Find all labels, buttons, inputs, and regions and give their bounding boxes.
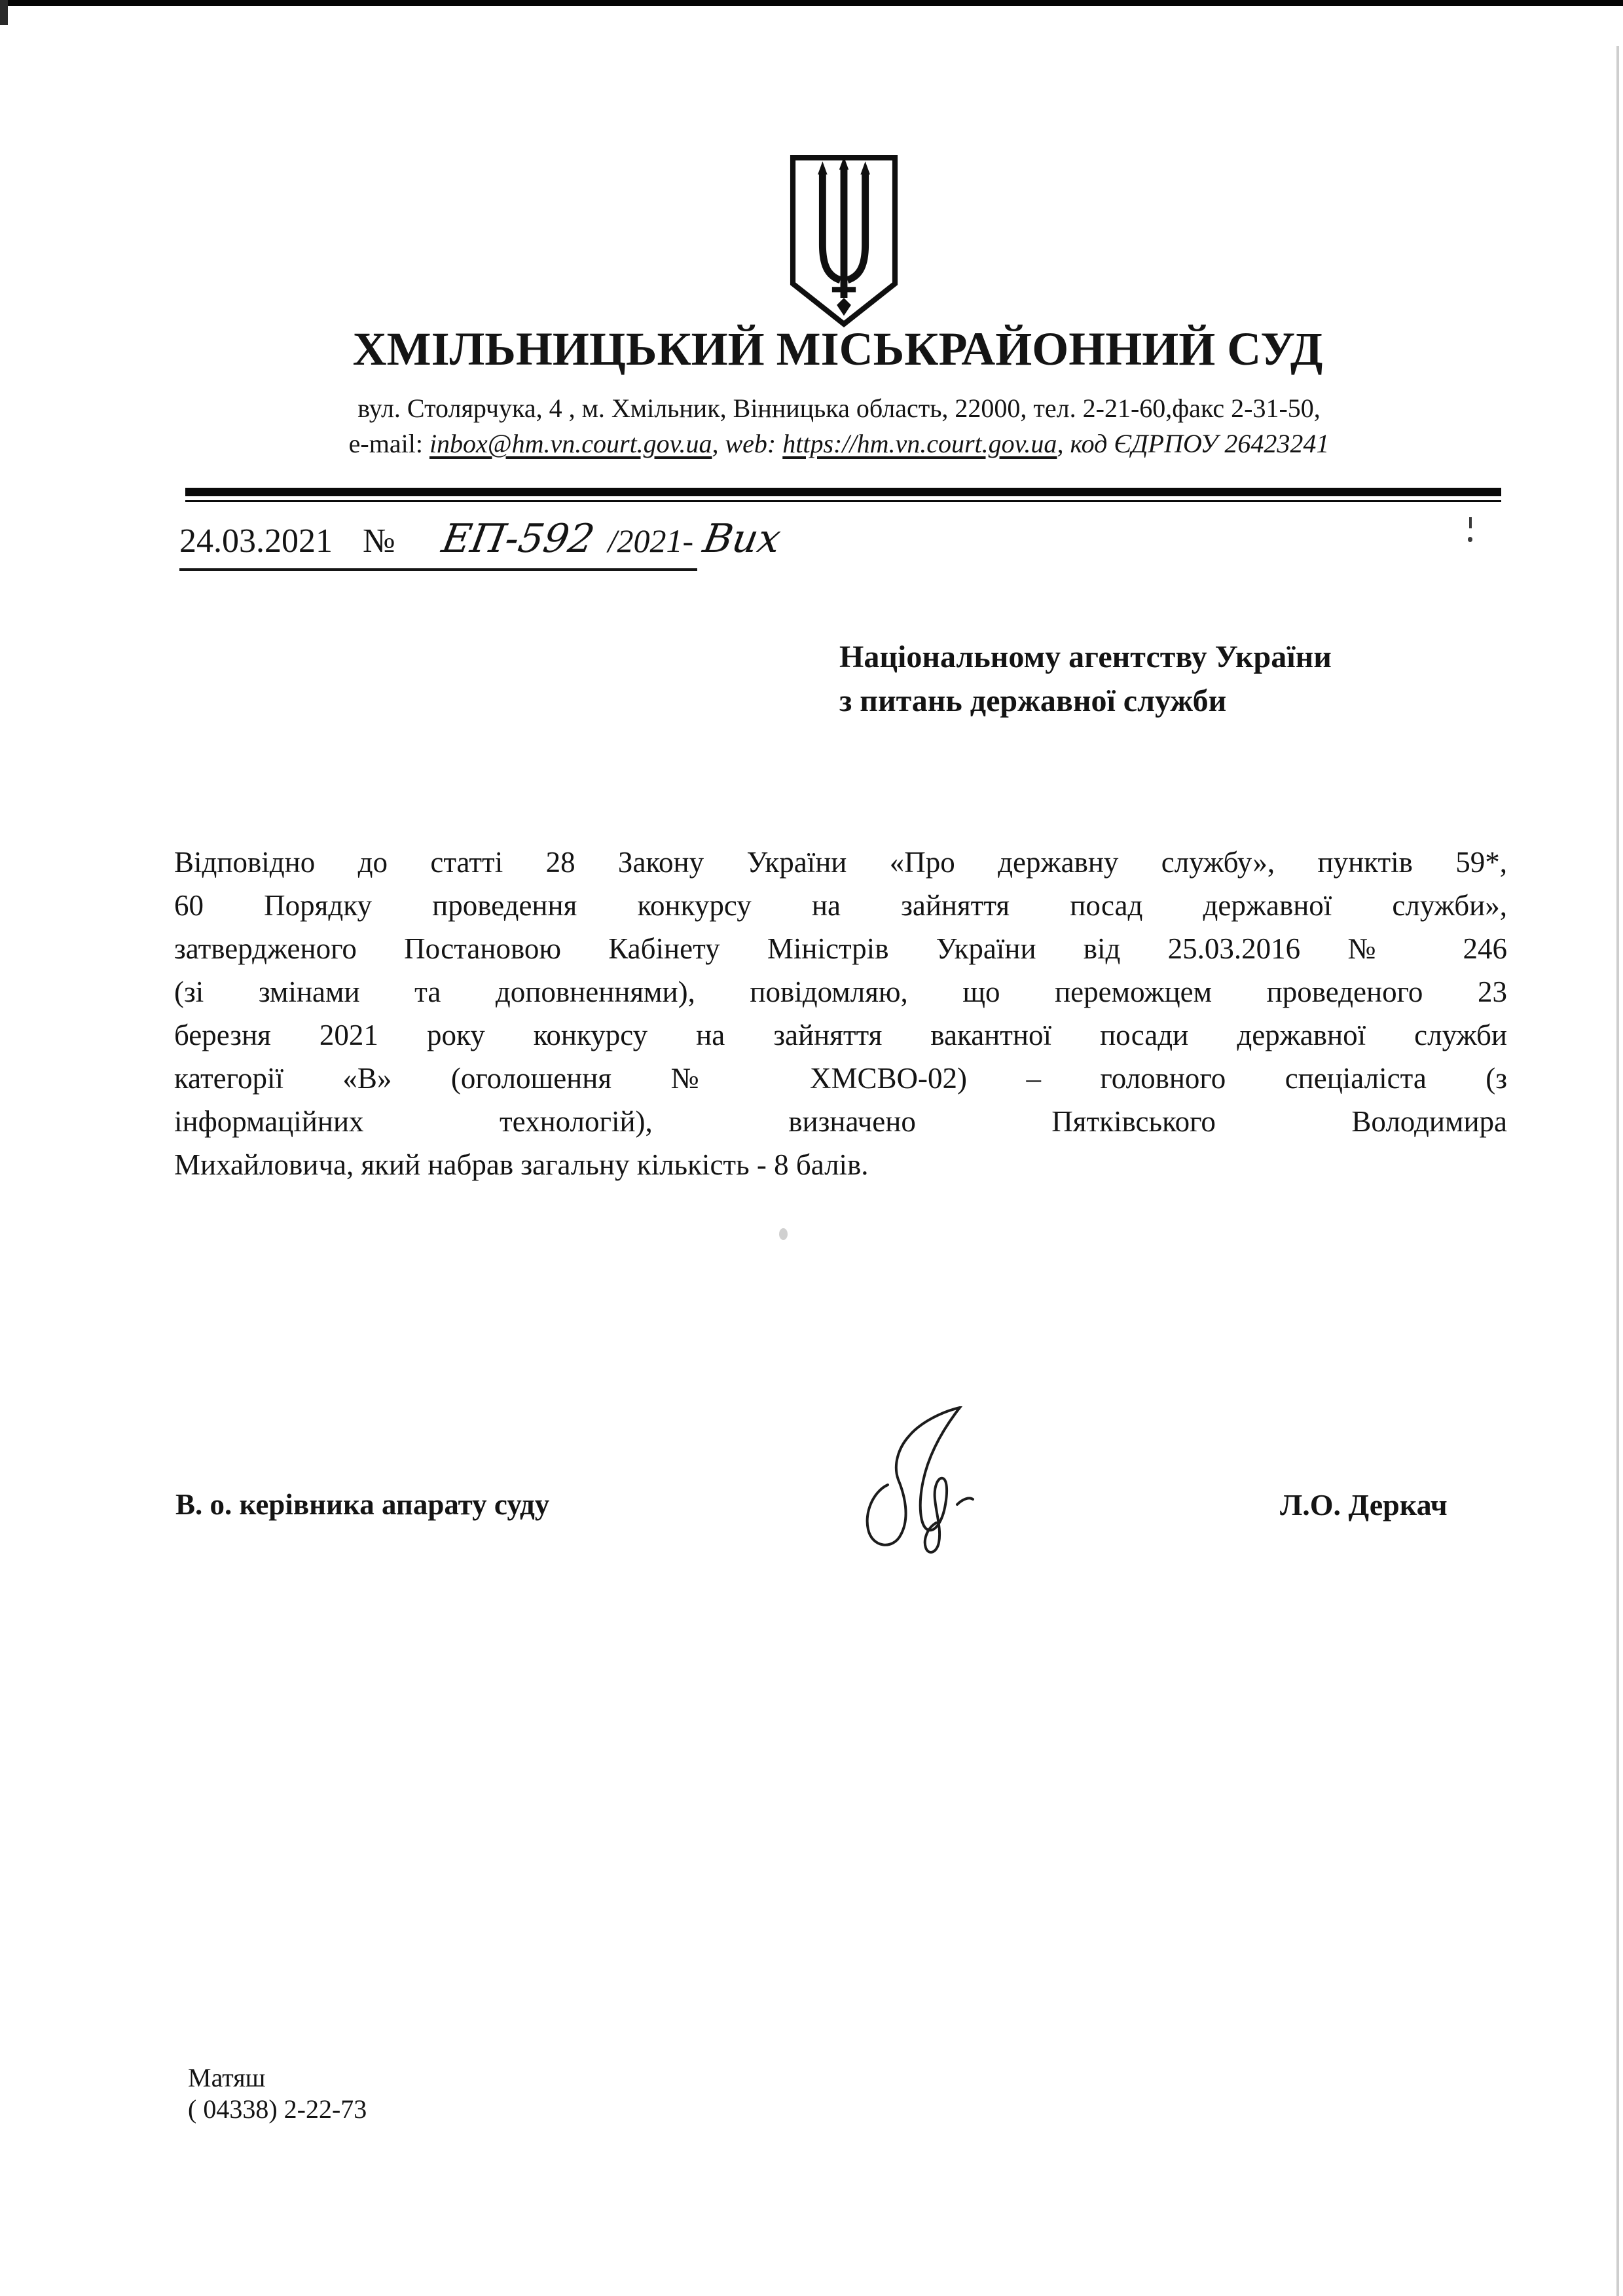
body-line: Відповідно до статті 28 Закону України «… [174, 841, 1507, 884]
divider-thick-line [185, 488, 1501, 496]
body-line: категорії «В» (оголошення № ХМСВО-02) – … [174, 1057, 1507, 1100]
year-suffix: /2021- [608, 522, 694, 559]
executor-phone: ( 04338) 2-22-73 [188, 2094, 367, 2125]
letterhead-divider [185, 488, 1501, 502]
body-line: (зі змінами та доповненнями), повідомляю… [174, 970, 1507, 1013]
court-address-line: вул. Столярчука, 4 , м. Хмільник, Вінниц… [27, 393, 1623, 424]
recipient-block: Національному агентству України з питань… [839, 635, 1332, 723]
recipient-line1: Національному агентству України [839, 635, 1332, 679]
scan-colon-artifact [1468, 517, 1474, 547]
court-name: ХМІЛЬНИЦЬКИЙ МІСЬКРАЙОННИЙ СУД [26, 322, 1623, 376]
recipient-line2: з питань державної служби [839, 679, 1332, 723]
email-value: inbox@hm.vn.court.gov.ua [429, 429, 712, 458]
handwritten-outgoing-number: ЕП-592 [438, 516, 597, 562]
handwritten-vyh-mark: Вих [700, 516, 784, 562]
web-value: https://hm.vn.court.gov.ua [782, 429, 1057, 458]
email-label: e-mail: [349, 429, 429, 458]
body-line: березня 2021 року конкурсу на зайняття в… [174, 1013, 1507, 1057]
scan-right-edge-artifact [1616, 46, 1619, 2296]
divider-thin-line [185, 500, 1501, 502]
scan-top-edge-artifact [0, 0, 1623, 6]
ukraine-trident-emblem-icon [783, 152, 905, 330]
scan-corner-artifact [0, 0, 8, 25]
body-line: затвердженого Постановою Кабінету Мініст… [174, 927, 1507, 970]
separator: , [712, 429, 725, 458]
signer-position: В. о. керівника апарату суду [175, 1487, 549, 1522]
executor-name: Матяш [188, 2062, 367, 2094]
separator: , [1057, 429, 1070, 458]
outgoing-reference-line: 24.03.2021№ЕП-592/2021-Вих [179, 516, 780, 571]
reference-underline: 24.03.2021№ЕП-592/2021- [179, 516, 697, 571]
executor-block: Матяш ( 04338) 2-22-73 [188, 2062, 367, 2125]
edrpou-value: код ЄДРПОУ 26423241 [1070, 429, 1329, 458]
body-line: Михайловича, який набрав загальну кількі… [174, 1143, 1507, 1186]
body-line: 60 Порядку проведення конкурсу на зайнят… [174, 884, 1507, 927]
scan-dot-artifact [1468, 537, 1472, 542]
scan-speck-artifact [779, 1228, 788, 1240]
handwritten-signature-icon [850, 1406, 1059, 1556]
body-line: інформаційних технологій), визначено Пят… [174, 1100, 1507, 1143]
letter-body: Відповідно до статті 28 Закону України «… [174, 841, 1507, 1186]
signer-name: Л.О. Деркач [1280, 1487, 1448, 1522]
letter-date: 24.03.2021 [179, 522, 333, 560]
web-label: web: [725, 429, 782, 458]
scan-dash-artifact [1469, 517, 1472, 528]
number-sign: № [363, 522, 395, 560]
court-contacts-line: e-mail: inbox@hm.vn.court.gov.ua, web: h… [27, 428, 1623, 459]
scanned-letter: ХМІЛЬНИЦЬКИЙ МІСЬКРАЙОННИЙ СУД вул. Стол… [0, 0, 1623, 2296]
